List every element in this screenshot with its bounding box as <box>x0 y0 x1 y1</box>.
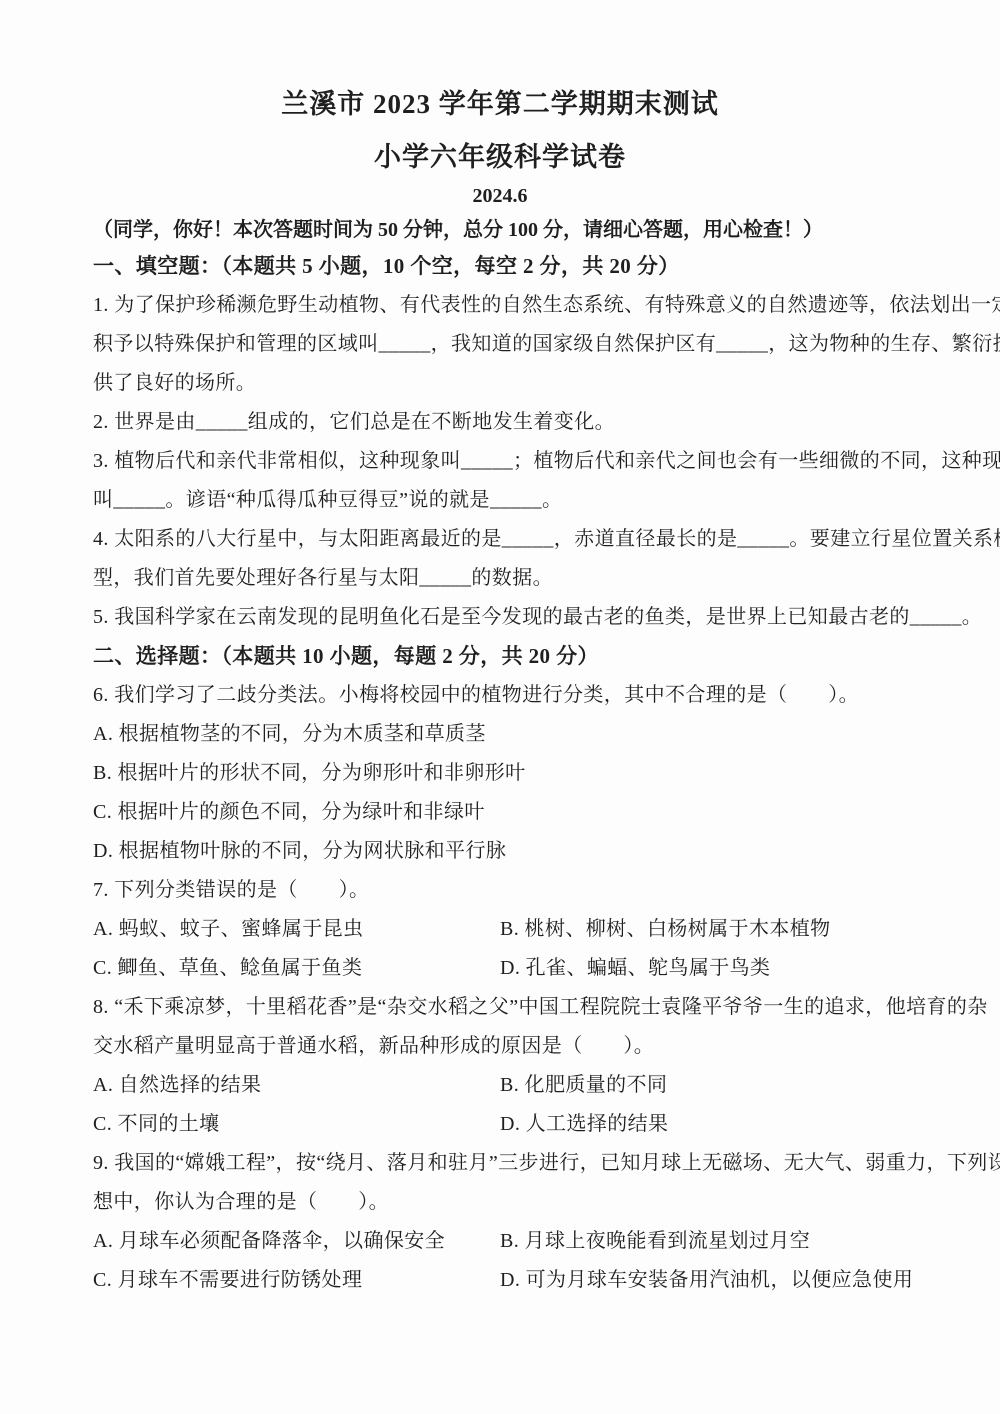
question-6-option-d: D. 根据植物叶脉的不同，分为网状脉和平行脉 <box>93 832 920 871</box>
question-7-options-row-2: C. 鲫鱼、草鱼、鲶鱼属于鱼类 D. 孔雀、蝙蝠、鸵鸟属于鸟类 <box>93 949 920 988</box>
question-3-line-2: 叫_____。谚语“种瓜得瓜种豆得豆”说的就是_____。 <box>93 481 920 520</box>
question-7-options-row-1: A. 蚂蚁、蚊子、蜜蜂属于昆虫 B. 桃树、柳树、白杨树属于木本植物 <box>93 910 920 949</box>
question-1-line-1: 1. 为了保护珍稀濒危野生动植物、有代表性的自然生态系统、有特殊意义的自然遗迹等… <box>93 286 920 325</box>
question-3: 3. 植物后代和亲代非常相似，这种现象叫_____；植物后代和亲代之间也会有一些… <box>93 442 920 520</box>
question-5-line-1: 5. 我国科学家在云南发现的昆明鱼化石是至今发现的最古老的鱼类，是世界上已知最古… <box>93 598 920 637</box>
question-8-stem-line-1: 8. “禾下乘凉梦，十里稻花香”是“杂交水稻之父”中国工程院院士袁隆平爷爷一生的… <box>93 988 920 1027</box>
question-8-option-c: C. 不同的土壤 <box>93 1105 500 1144</box>
question-8-option-d: D. 人工选择的结果 <box>500 1105 920 1144</box>
question-4-line-2: 型，我们首先要处理好各行星与太阳_____的数据。 <box>93 559 920 598</box>
fill-in-section-heading: 一、填空题：（本题共 5 小题，10 个空，每空 2 分，共 20 分） <box>93 247 920 286</box>
question-1-line-2: 积予以特殊保护和管理的区域叫_____，我知道的国家级自然保护区有_____，这… <box>93 325 920 364</box>
exam-notice: （同学，你好！本次答题时间为 50 分钟，总分 100 分，请细心答题，用心检查… <box>93 213 920 247</box>
exam-body: （同学，你好！本次答题时间为 50 分钟，总分 100 分，请细心答题，用心检查… <box>0 213 1000 1300</box>
question-9-stem-line-2: 想中，你认为合理的是（ ）。 <box>93 1183 920 1222</box>
question-3-line-1: 3. 植物后代和亲代非常相似，这种现象叫_____；植物后代和亲代之间也会有一些… <box>93 442 920 481</box>
question-7-stem: 7. 下列分类错误的是（ ）。 <box>93 871 920 910</box>
question-8: 8. “禾下乘凉梦，十里稻花香”是“杂交水稻之父”中国工程院院士袁隆平爷爷一生的… <box>93 988 920 1144</box>
question-7-option-b: B. 桃树、柳树、白杨树属于木本植物 <box>500 910 920 949</box>
question-5: 5. 我国科学家在云南发现的昆明鱼化石是至今发现的最古老的鱼类，是世界上已知最古… <box>93 598 920 637</box>
question-7-option-c: C. 鲫鱼、草鱼、鲶鱼属于鱼类 <box>93 949 500 988</box>
question-8-option-b: B. 化肥质量的不同 <box>500 1066 920 1105</box>
question-9-options-row-2: C. 月球车不需要进行防锈处理 D. 可为月球车安装备用汽油机，以便应急使用 <box>93 1261 920 1300</box>
question-6-option-c: C. 根据叶片的颜色不同，分为绿叶和非绿叶 <box>93 793 920 832</box>
question-7-option-a: A. 蚂蚁、蚊子、蜜蜂属于昆虫 <box>93 910 500 949</box>
question-8-options-row-1: A. 自然选择的结果 B. 化肥质量的不同 <box>93 1066 920 1105</box>
question-4: 4. 太阳系的八大行星中，与太阳距离最近的是_____，赤道直径最长的是____… <box>93 520 920 598</box>
question-9: 9. 我国的“嫦娥工程”，按“绕月、落月和驻月”三步进行，已知月球上无磁场、无大… <box>93 1144 920 1300</box>
question-9-option-b: B. 月球上夜晚能看到流星划过月空 <box>500 1222 920 1261</box>
exam-title: 兰溪市 2023 学年第二学期期末测试 <box>0 88 1000 120</box>
question-9-option-a: A. 月球车必须配备降落伞，以确保安全 <box>93 1222 500 1261</box>
choice-section-heading: 二、选择题：（本题共 10 小题，每题 2 分，共 20 分） <box>93 637 920 676</box>
question-1: 1. 为了保护珍稀濒危野生动植物、有代表性的自然生态系统、有特殊意义的自然遗迹等… <box>93 286 920 403</box>
question-2-line-1: 2. 世界是由_____组成的，它们总是在不断地发生着变化。 <box>93 403 920 442</box>
question-8-options-row-2: C. 不同的土壤 D. 人工选择的结果 <box>93 1105 920 1144</box>
question-1-line-3: 供了良好的场所。 <box>93 364 920 403</box>
question-8-stem-line-2: 交水稻产量明显高于普通水稻，新品种形成的原因是（ ）。 <box>93 1027 920 1066</box>
exam-subtitle: 小学六年级科学试卷 <box>0 141 1000 173</box>
question-8-option-a: A. 自然选择的结果 <box>93 1066 500 1105</box>
question-9-stem-line-1: 9. 我国的“嫦娥工程”，按“绕月、落月和驻月”三步进行，已知月球上无磁场、无大… <box>93 1144 920 1183</box>
question-7-option-d: D. 孔雀、蝙蝠、鸵鸟属于鸟类 <box>500 949 920 988</box>
question-2: 2. 世界是由_____组成的，它们总是在不断地发生着变化。 <box>93 403 920 442</box>
question-6-stem: 6. 我们学习了二歧分类法。小梅将校园中的植物进行分类，其中不合理的是（ ）。 <box>93 676 920 715</box>
question-9-options-row-1: A. 月球车必须配备降落伞，以确保安全 B. 月球上夜晚能看到流星划过月空 <box>93 1222 920 1261</box>
question-4-line-1: 4. 太阳系的八大行星中，与太阳距离最近的是_____，赤道直径最长的是____… <box>93 520 920 559</box>
question-7: 7. 下列分类错误的是（ ）。 A. 蚂蚁、蚊子、蜜蜂属于昆虫 B. 桃树、柳树… <box>93 871 920 988</box>
exam-paper-page: 兰溪市 2023 学年第二学期期末测试 小学六年级科学试卷 2024.6 （同学… <box>0 0 1000 1414</box>
exam-date: 2024.6 <box>0 181 1000 211</box>
question-6-option-b: B. 根据叶片的形状不同，分为卵形叶和非卵形叶 <box>93 754 920 793</box>
question-6-option-a: A. 根据植物茎的不同，分为木质茎和草质茎 <box>93 715 920 754</box>
exam-header: 兰溪市 2023 学年第二学期期末测试 小学六年级科学试卷 2024.6 <box>0 0 1000 211</box>
question-9-option-d: D. 可为月球车安装备用汽油机，以便应急使用 <box>500 1261 920 1300</box>
question-9-option-c: C. 月球车不需要进行防锈处理 <box>93 1261 500 1300</box>
question-6: 6. 我们学习了二歧分类法。小梅将校园中的植物进行分类，其中不合理的是（ ）。 … <box>93 676 920 871</box>
